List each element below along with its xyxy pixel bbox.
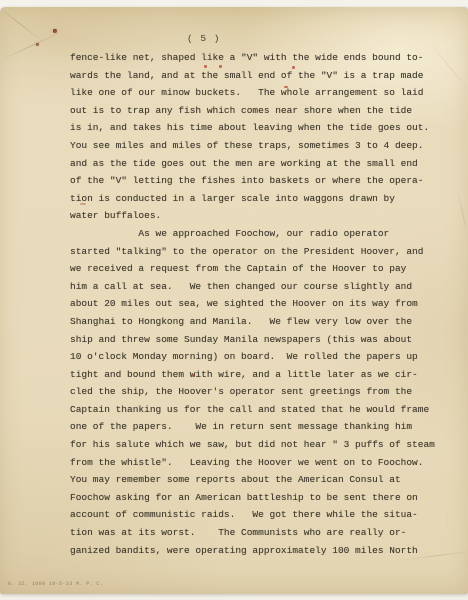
pinhole-mark	[36, 43, 39, 46]
paper-crease	[0, 6, 41, 41]
printer-code: G. 32. 1000 19-5-33 M. P. C.	[8, 581, 103, 587]
typed-line: Foochow asking for an American battleshi…	[70, 489, 450, 507]
typed-line: tight and bound them with wire, and a li…	[70, 366, 450, 384]
proofreading-mark	[80, 203, 86, 205]
typed-line: ship and threw some Sunday Manila newspa…	[70, 331, 450, 349]
typed-line: water buffaloes.	[70, 207, 450, 225]
paper-sheet: ( 5 ) fence-like net, shaped like a "V" …	[0, 7, 468, 594]
typed-line: from the whistle". Leaving the Hoover we…	[70, 454, 450, 472]
proofreading-mark	[204, 65, 207, 68]
typed-line: of the "V" letting the fishes into baske…	[70, 172, 450, 190]
typed-line: tion is conducted in a larger scale into…	[70, 190, 450, 208]
typed-line: Shanghai to Hongkong and Manila. We flew…	[70, 313, 450, 331]
typed-line: is in, and takes his time about leaving …	[70, 119, 450, 137]
typed-line: and as the tide goes out the men are wor…	[70, 155, 450, 173]
proofreading-mark	[191, 374, 193, 377]
typed-line: we received a request from the Captain o…	[70, 260, 450, 278]
proofreading-mark	[292, 66, 295, 69]
typed-line: ganized bandits, were operating approxim…	[70, 542, 450, 560]
typed-line: for his salute which we saw, but did not…	[70, 436, 450, 454]
typed-line: Captain thanking us for the call and sta…	[70, 401, 450, 419]
proofreading-mark	[219, 65, 222, 68]
typed-line: tion was at its worst. The Communists wh…	[70, 524, 450, 542]
typed-line: started "talking" to the operator on the…	[70, 243, 450, 261]
typed-line: wards the land, and at the small end of …	[70, 67, 450, 85]
typed-line: about 20 miles out sea, we sighted the H…	[70, 295, 450, 313]
typed-line: You may remember some reports about the …	[70, 471, 450, 489]
typed-line: As we approached Foochow, our radio oper…	[70, 225, 450, 243]
typed-line: cled the ship, the Hoover's operator sen…	[70, 383, 450, 401]
typed-line: account of communistic raids. We got the…	[70, 506, 450, 524]
paper-crease	[457, 190, 467, 234]
typed-line: You see miles and miles of these traps, …	[70, 137, 450, 155]
letter-body: fence-like net, shaped like a "V" with t…	[70, 49, 450, 559]
typed-line: out is to trap any fish which comes near…	[70, 102, 450, 120]
typed-line: 10 o'clock Monday morning) on board. We …	[70, 348, 450, 366]
typed-line: fence-like net, shaped like a "V" with t…	[70, 49, 450, 67]
typed-line: one of the papers. We in return sent mes…	[70, 418, 450, 436]
page-number: ( 5 )	[187, 33, 221, 44]
pinhole-mark	[53, 29, 57, 33]
proofreading-mark	[284, 86, 288, 88]
typed-line: like one of our minow buckets. The whole…	[70, 84, 450, 102]
typed-line: him a call at sea. We then changed our c…	[70, 278, 450, 296]
scanned-page: ( 5 ) fence-like net, shaped like a "V" …	[0, 0, 468, 600]
